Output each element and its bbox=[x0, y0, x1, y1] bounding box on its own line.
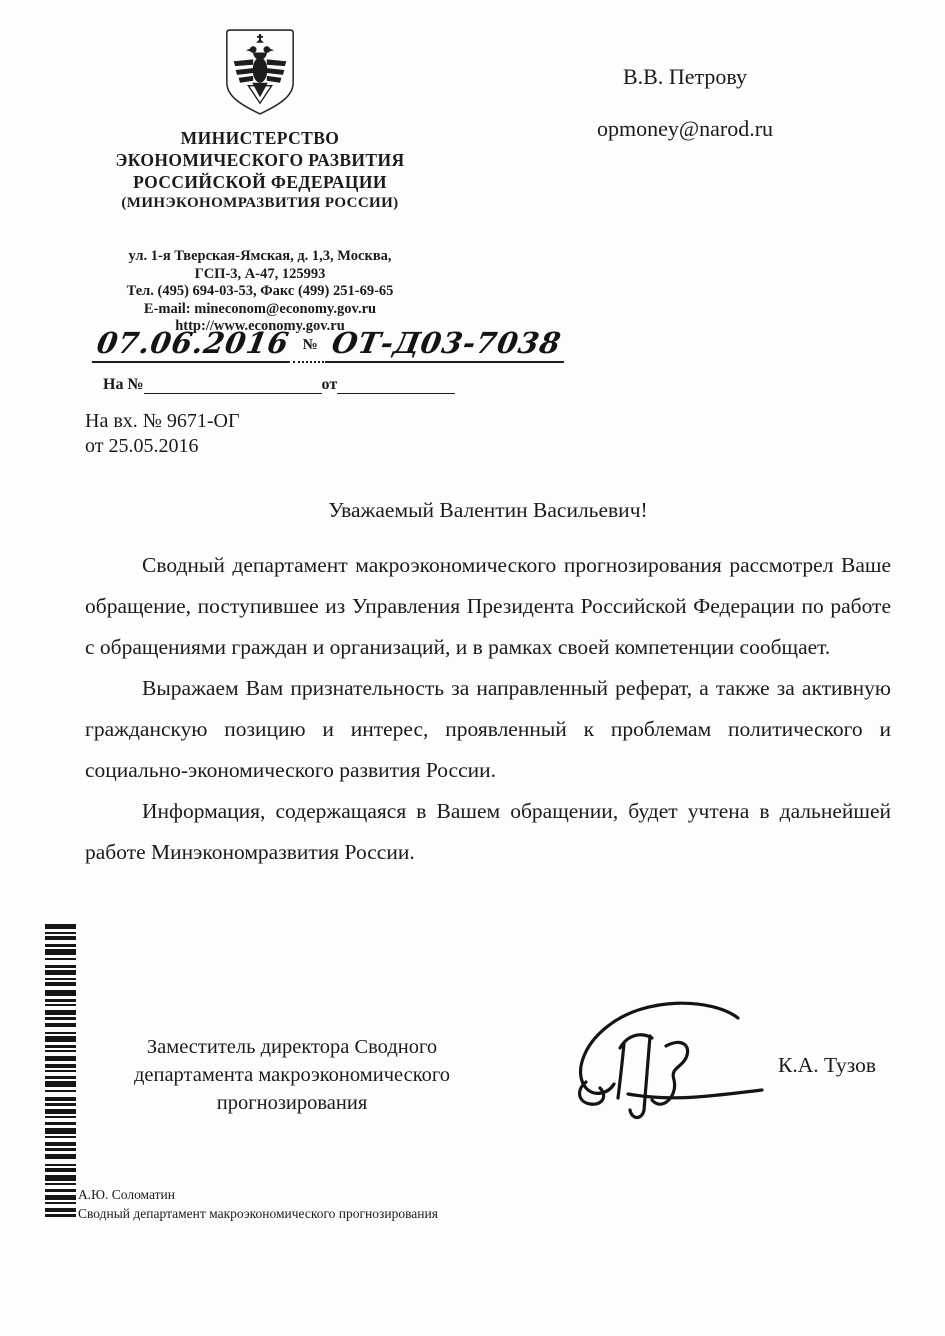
incoming-number-line: На вх. № 9671-ОГ bbox=[85, 409, 240, 434]
handwritten-date: 07.06.2016 bbox=[92, 326, 296, 363]
barcode-bar bbox=[45, 1050, 76, 1052]
barcode-bar bbox=[45, 1122, 76, 1125]
ministry-name: МИНИСТЕРСТВО ЭКОНОМИЧЕСКОГО РАЗВИТИЯ РОС… bbox=[85, 127, 435, 214]
outgoing-reference-row: 07.06.2016 № ОТ-Д03-7038 bbox=[95, 326, 485, 363]
barcode-bar bbox=[45, 1148, 76, 1151]
ministry-contact-block: ул. 1-я Тверская-Ямская, д. 1,3, Москва,… bbox=[85, 248, 435, 336]
barcode-bar bbox=[45, 1202, 76, 1204]
barcode-bar bbox=[45, 1142, 76, 1146]
barcode-bar bbox=[45, 1045, 76, 1048]
barcode-bar bbox=[45, 1208, 76, 1212]
barcode-bar bbox=[45, 944, 76, 947]
blank-line bbox=[337, 376, 455, 394]
incoming-date-line: от 25.05.2016 bbox=[85, 434, 240, 459]
signer-title-line: департамента макроэкономического bbox=[118, 1061, 466, 1089]
barcode-bar bbox=[45, 970, 76, 975]
ministry-line: ЭКОНОМИЧЕСКОГО РАЗВИТИЯ bbox=[85, 149, 435, 171]
letter-body: Уважаемый Валентин Васильевич! Сводный д… bbox=[85, 498, 891, 873]
signer-title-line: Заместитель директора Сводного bbox=[118, 1033, 466, 1061]
barcode-bar bbox=[45, 1004, 76, 1006]
ot-label: от bbox=[322, 376, 338, 394]
incoming-reference-block: На вх. № 9671-ОГ от 25.05.2016 bbox=[85, 409, 240, 459]
barcode-bar bbox=[45, 1056, 76, 1061]
barcode-bar bbox=[45, 1175, 76, 1181]
barcode-bar bbox=[45, 1136, 76, 1138]
barcode-bar bbox=[45, 1183, 76, 1185]
barcode bbox=[45, 924, 76, 1220]
russian-coat-of-arms-icon bbox=[221, 26, 299, 118]
ministry-short-name: (МИНЭКОНОМРАЗВИТИЯ РОССИИ) bbox=[85, 193, 435, 214]
barcode-bar bbox=[45, 1036, 76, 1042]
barcode-bar bbox=[45, 1017, 76, 1020]
barcode-bar bbox=[45, 1010, 76, 1015]
barcode-bar bbox=[45, 1168, 76, 1172]
ministry-line: РОССИЙСКОЙ ФЕДЕРАЦИИ bbox=[85, 171, 435, 193]
paragraphs: Сводный департамент макроэкономического … bbox=[85, 545, 891, 873]
barcode-bar bbox=[45, 936, 76, 940]
recipient-block: В.В. Петрову opmoney@narod.ru bbox=[570, 64, 800, 142]
signer-name: К.А. Тузов bbox=[778, 1053, 876, 1078]
ministry-line: МИНИСТЕРСТВО bbox=[85, 127, 435, 149]
handwritten-outgoing-number: ОТ-Д03-7038 bbox=[324, 326, 569, 363]
barcode-bar bbox=[45, 1189, 76, 1192]
barcode-bar bbox=[45, 999, 76, 1002]
barcode-bar bbox=[45, 1023, 76, 1027]
barcode-bar bbox=[45, 949, 76, 955]
scanned-letter-page: МИНИСТЕРСТВО ЭКОНОМИЧЕСКОГО РАЗВИТИЯ РОС… bbox=[0, 0, 945, 1336]
paragraph: Выражаем Вам признательность за направле… bbox=[85, 668, 891, 791]
barcode-bar bbox=[45, 1097, 76, 1101]
email-line: E-mail: mineconom@economy.gov.ru bbox=[85, 301, 435, 319]
barcode-bar bbox=[45, 1109, 76, 1114]
barcode-bar bbox=[45, 1032, 76, 1034]
paragraph: Сводный департамент макроэкономического … bbox=[85, 545, 891, 668]
barcode-bar bbox=[45, 1090, 76, 1092]
signer-title: Заместитель директора Сводного департаме… bbox=[118, 1033, 466, 1117]
barcode-bar bbox=[45, 1076, 76, 1079]
barcode-bar bbox=[45, 1081, 76, 1087]
barcode-bar bbox=[45, 1195, 76, 1200]
blank-line bbox=[144, 376, 322, 394]
letterhead: МИНИСТЕРСТВО ЭКОНОМИЧЕСКОГО РАЗВИТИЯ РОС… bbox=[85, 26, 435, 336]
barcode-bar bbox=[45, 990, 76, 996]
barcode-bar bbox=[45, 1103, 76, 1106]
barcode-bar bbox=[45, 924, 76, 929]
barcode-bar bbox=[45, 1214, 76, 1217]
barcode-bar bbox=[45, 1128, 76, 1134]
salutation: Уважаемый Валентин Васильевич! bbox=[85, 498, 891, 523]
reply-reference-row: На № от bbox=[103, 376, 455, 394]
number-sign: № bbox=[293, 337, 328, 363]
phone-fax-line: Тел. (495) 694-03-53, Факс (499) 251-69-… bbox=[85, 283, 435, 301]
barcode-bar bbox=[45, 982, 76, 986]
barcode-bar bbox=[45, 1164, 76, 1166]
barcode-bar bbox=[45, 932, 76, 934]
executor-department: Сводный департамент макроэкономического … bbox=[78, 1204, 438, 1223]
address-line: ГСП-3, А-47, 125993 bbox=[85, 266, 435, 284]
barcode-bar bbox=[45, 1064, 76, 1068]
address-line: ул. 1-я Тверская-Ямская, д. 1,3, Москва, bbox=[85, 248, 435, 266]
barcode-bar bbox=[45, 1116, 76, 1118]
barcode-bar bbox=[45, 1154, 76, 1159]
executor-name: А.Ю. Соломатин bbox=[78, 1185, 438, 1204]
barcode-bar bbox=[45, 1070, 76, 1072]
signer-title-line: прогнозирования bbox=[118, 1089, 466, 1117]
barcode-bar bbox=[45, 978, 76, 980]
barcode-bar bbox=[45, 965, 76, 968]
executor-block: А.Ю. Соломатин Сводный департамент макро… bbox=[78, 1185, 438, 1223]
recipient-name: В.В. Петрову bbox=[570, 64, 800, 90]
handwritten-signature-icon bbox=[562, 986, 767, 1126]
na-no-label: На № bbox=[103, 376, 144, 394]
barcode-bar bbox=[45, 958, 76, 960]
recipient-email: opmoney@narod.ru bbox=[570, 116, 800, 142]
paragraph: Информация, содержащаяся в Вашем обращен… bbox=[85, 791, 891, 873]
